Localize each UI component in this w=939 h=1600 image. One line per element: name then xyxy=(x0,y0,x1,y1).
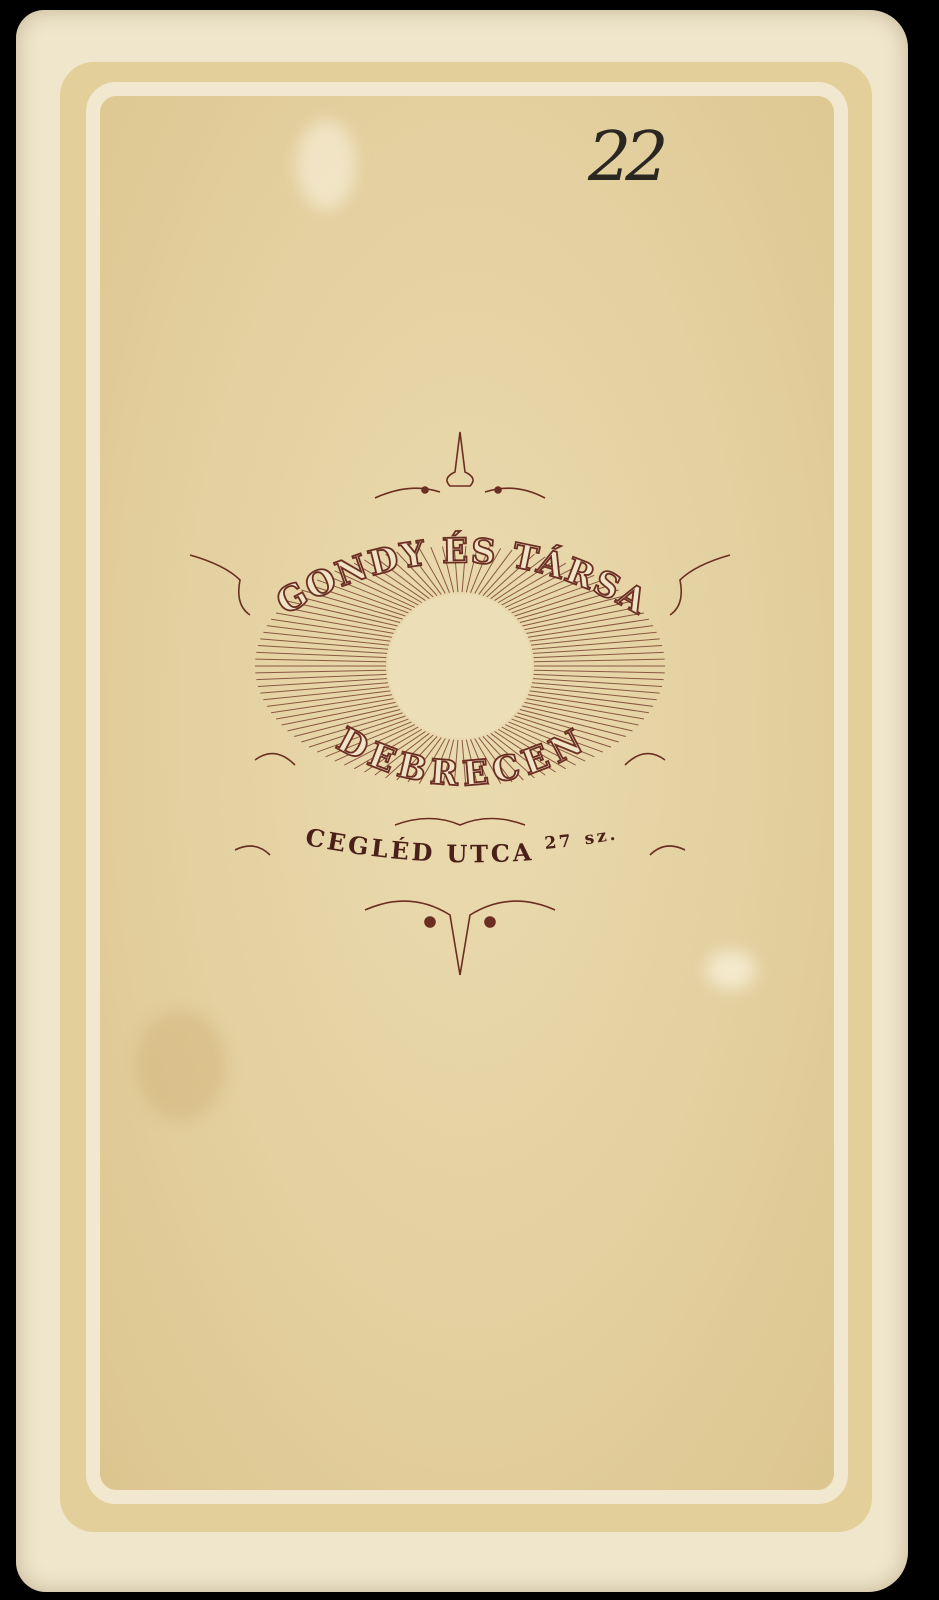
handwritten-number: 22 xyxy=(588,118,663,197)
studio-stamp: GONDY ÉS TÁRSA DEBRECEN CEGLÉD UTCA 27 s… xyxy=(180,420,760,1000)
worn-spot xyxy=(296,120,356,210)
svg-text:CEGLÉD UTCA 27 sz.: CEGLÉD UTCA 27 sz. xyxy=(303,822,620,869)
sunburst-center xyxy=(388,594,532,738)
address-text: CEGLÉD UTCA 27 sz. xyxy=(303,822,620,869)
age-stain xyxy=(136,1010,226,1120)
